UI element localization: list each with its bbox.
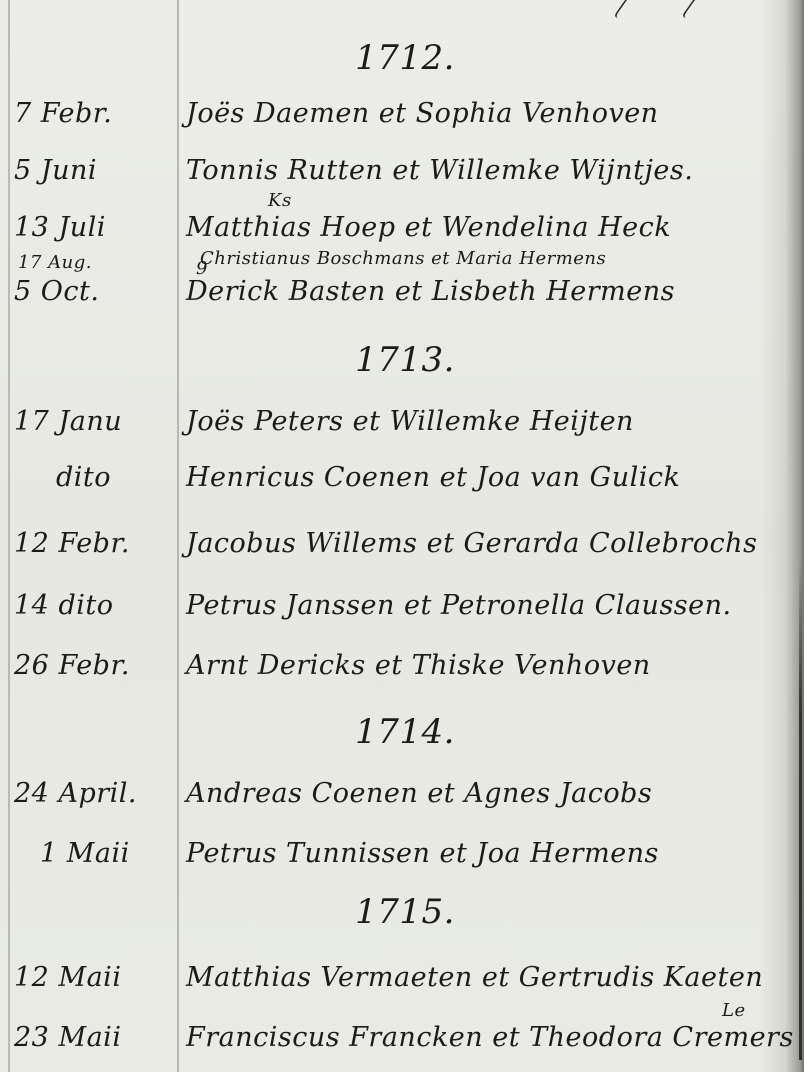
entry-date: 12 Febr. <box>14 528 174 559</box>
entry-names: Joës Peters et Willemke Heijten <box>186 406 634 437</box>
entry-date: 26 Febr. <box>14 650 174 681</box>
entry-names: Petrus Janssen et Petronella Claussen. <box>186 590 732 621</box>
entry-date: 5 Oct. <box>14 276 174 307</box>
entry-date: 13 Juli <box>14 212 174 243</box>
entry-names: Tonnis Rutten et Willemke Wijntjes. <box>186 155 693 186</box>
entry-date: 12 Maii <box>14 962 174 993</box>
entry-date: 14 dito <box>14 590 174 621</box>
interlinear-correction: Ks <box>268 190 292 211</box>
entry-date: 7 Febr. <box>14 98 174 129</box>
entry-names: Franciscus Francken et Theodora Cremers <box>186 1022 794 1053</box>
entry-date: 1 Maii <box>40 838 200 869</box>
flourish-stroke <box>612 0 643 18</box>
entry-date: 17 Janu <box>14 406 174 437</box>
interlinear-correction: Le <box>722 1000 746 1021</box>
entry-names: Andreas Coenen et Agnes Jacobs <box>186 778 652 809</box>
entry-names: Derick Basten et Lisbeth Hermens <box>186 276 675 307</box>
date-column-rule <box>177 0 179 1072</box>
entry-names: Joës Daemen et Sophia Venhoven <box>186 98 659 129</box>
year-heading: 1714. <box>330 712 480 752</box>
entry-date: 5 Juni <box>14 155 174 186</box>
entry-names: Matthias Hoep et Wendelina Heck <box>186 212 671 243</box>
flourish-stroke <box>680 0 711 18</box>
page-binding-edge <box>799 560 802 1060</box>
register-page: 1712. 7 Febr. Joës Daemen et Sophia Venh… <box>0 0 804 1072</box>
entry-date: 24 April. <box>14 778 174 809</box>
entry-names: Matthias Vermaeten et Gertrudis Kaeten <box>186 962 763 993</box>
entry-names: Henricus Coenen et Joa van Gulick <box>186 462 680 493</box>
entry-names: Jacobus Willems et Gerarda Collebrochs <box>186 528 757 559</box>
year-heading: 1715. <box>330 892 480 932</box>
entry-date: 17 Aug. <box>18 252 178 273</box>
year-heading: 1713. <box>330 340 480 380</box>
entry-names: Christianus Boschmans et Maria Hermens <box>200 248 606 269</box>
entry-names: Petrus Tunnissen et Joa Hermens <box>186 838 659 869</box>
entry-names: Arnt Dericks et Thiske Venhoven <box>186 650 651 681</box>
year-heading: 1712. <box>330 38 480 78</box>
entry-date: 23 Maii <box>14 1022 174 1053</box>
left-margin-rule <box>8 0 10 1072</box>
